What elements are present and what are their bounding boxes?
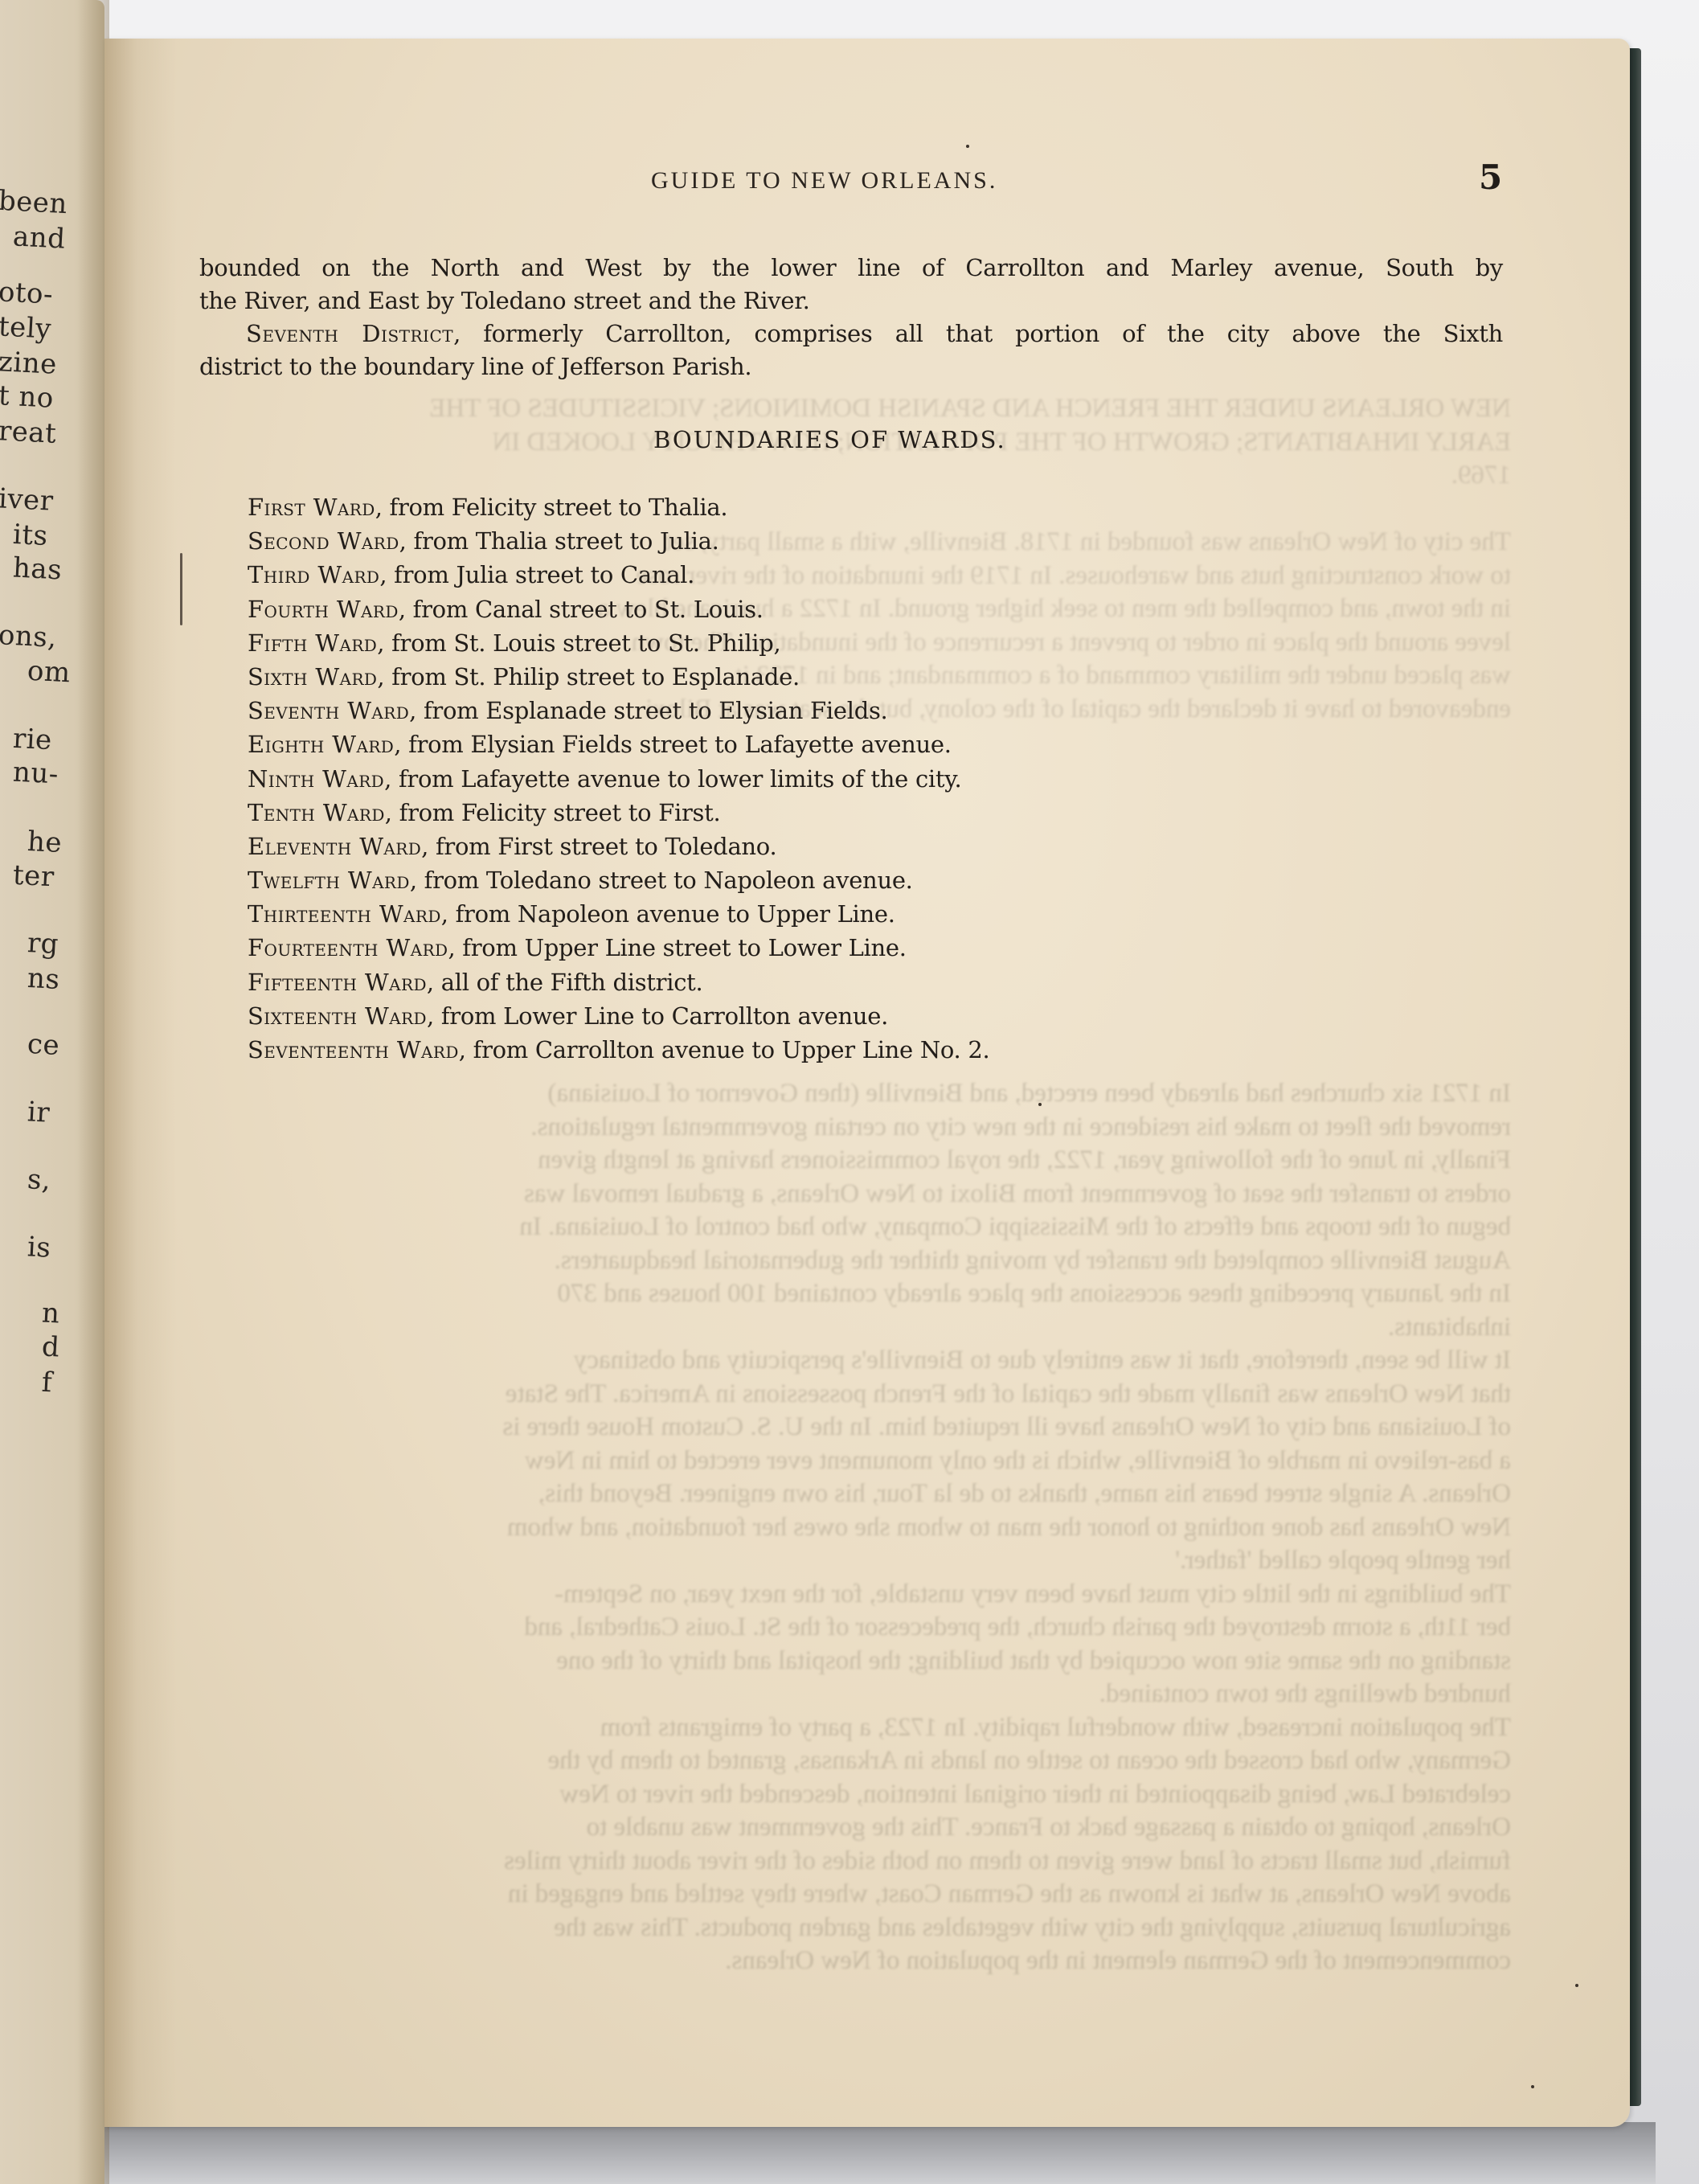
bleed-through-line: ber 11th, a storm destroyed the parish c… [201, 1611, 1511, 1645]
pencil-margin-mark [180, 553, 182, 625]
page-number: 5 [1479, 158, 1502, 197]
bleed-through-line: In 1721 six churches had already been er… [201, 1077, 1511, 1111]
ward-boundary: , from Julia street to Canal. [379, 561, 694, 588]
ward-name: Sixth Ward [248, 663, 377, 690]
running-head: GUIDE TO NEW ORLEANS. [651, 167, 997, 195]
ward-boundary: , all of the Fifth district. [427, 969, 703, 996]
left-page-word: ns [27, 962, 60, 996]
left-page-word: d [41, 1330, 60, 1363]
paragraph-continuation: bounded on the North and West by the low… [199, 252, 1503, 318]
ward-boundary: , from Felicity street to First. [385, 799, 721, 826]
ward-name: Eighth Ward [248, 731, 394, 758]
bleed-through-line: standing on the same site now occupied b… [201, 1645, 1511, 1678]
left-page-word: ce [27, 1028, 60, 1062]
ward-item: Second Ward, from Thalia street to Julia… [248, 524, 989, 558]
bleed-through-line: The buildings in the little city must ha… [201, 1578, 1511, 1612]
ward-item: Third Ward, from Julia street to Canal. [248, 558, 989, 592]
bleed-through-line: inhabitants. [201, 1311, 1511, 1345]
ward-boundary: , from Lafayette avenue to lower limits … [384, 765, 961, 793]
ward-name: Tenth Ward [248, 799, 385, 826]
ward-boundary: , from Elysian Fields street to Lafayett… [394, 731, 951, 758]
ward-item: Fifteenth Ward, all of the Fifth distric… [248, 965, 989, 999]
bleed-through-line: furnish, but small tracts of land were g… [201, 1845, 1511, 1879]
ward-item: Seventh Ward, from Esplanade street to E… [248, 694, 989, 727]
bleed-through-line: hundred dwellings the town contained. [201, 1678, 1511, 1711]
ward-item: Eighth Ward, from Elysian Fields street … [248, 727, 989, 761]
paragraph-seventh-district: Seventh District, formerly Carrollton, c… [199, 318, 1503, 383]
ward-name: Fourteenth Ward [248, 934, 448, 961]
gutter-shadow [104, 39, 177, 2127]
bleed-through-line: that New Orleans was finally made the ca… [201, 1378, 1511, 1412]
left-page-word: reat [0, 415, 57, 450]
ward-name: Fourth Ward [248, 596, 399, 623]
left-page-word: nu- [12, 756, 59, 791]
district-description: , formerly Carrollton, comprises all tha… [453, 320, 1503, 347]
left-page-word: and [12, 220, 66, 255]
ward-boundary: , from Thalia street to Julia. [399, 527, 719, 555]
district-name: Seventh District [246, 320, 453, 347]
left-page-word: is [27, 1231, 51, 1264]
left-page-word: f [41, 1367, 53, 1399]
ward-boundary: , from Toledano street to Napoleon avenu… [410, 867, 913, 894]
bleed-through-line: agricultural pursuits, supplying the cit… [201, 1912, 1511, 1945]
bleed-through-line: Orleans. A single street bears his name,… [201, 1477, 1511, 1511]
bleed-through-line: removed the fleet to make his residence … [201, 1111, 1511, 1145]
ward-name: Second Ward [248, 527, 399, 555]
body-line: the River, and East by Toledano street a… [199, 285, 1503, 318]
left-page-word: been [0, 185, 68, 220]
ward-boundary: , from First street to Toledano. [421, 833, 776, 860]
left-page-word: oto- [0, 276, 54, 311]
bleed-through-line: her gentle people called 'father.' [201, 1544, 1511, 1578]
ward-name: Fifteenth Ward [248, 969, 427, 996]
bleed-through-line: Germany, who had crossed the ocean to se… [201, 1744, 1511, 1778]
left-page-word: t no [0, 379, 55, 415]
ward-name: Ninth Ward [248, 765, 384, 793]
left-page-word: om [27, 655, 72, 690]
bleed-through-line: NEW ORLEANS UNDER THE FRENCH AND SPANISH… [201, 392, 1511, 426]
ward-item: Ninth Ward, from Lafayette avenue to low… [248, 762, 989, 796]
left-page-word: n [41, 1297, 60, 1330]
ward-item: First Ward, from Felicity street to Thal… [248, 490, 989, 524]
ward-name: Seventh Ward [248, 697, 409, 724]
ward-item: Tenth Ward, from Felicity street to Firs… [248, 796, 989, 830]
ward-boundary: , from Lower Line to Carrollton avenue. [427, 1002, 888, 1030]
body-line: district to the boundary line of Jeffers… [199, 350, 1503, 383]
left-page-word: ons, [0, 619, 58, 654]
left-page-word: rie [12, 723, 53, 756]
bleed-through-line: of Louisiana and city of New Orleans hav… [201, 1411, 1511, 1444]
ward-item: Thirteenth Ward, from Napoleon avenue to… [248, 897, 989, 931]
ward-boundary: , from Canal street to St. Louis. [399, 596, 764, 623]
paper-speck [1038, 1103, 1042, 1106]
ward-name: Third Ward [248, 561, 379, 588]
ward-boundary: , from Felicity street to Thalia. [375, 494, 728, 521]
table-shadow [48, 2122, 1656, 2184]
ward-name: Eleventh Ward [248, 833, 421, 860]
ward-name: Thirteenth Ward [248, 900, 441, 928]
bleed-through-text-bottom: In 1721 six churches had already been er… [201, 1077, 1511, 1978]
left-page-word: s, [27, 1163, 51, 1196]
paper-speck [1575, 1984, 1578, 1987]
ward-name: Fifth Ward [248, 629, 377, 657]
bleed-through-line: commencement of the German element in th… [201, 1944, 1511, 1978]
ward-item: Sixth Ward, from St. Philip street to Es… [248, 660, 989, 694]
ward-boundary: , from St. Louis street to St. Philip, [377, 629, 780, 657]
left-page-word: its [12, 518, 49, 552]
bleed-through-line: 1769. [201, 459, 1511, 493]
bleed-through-line: Finally, in June of the following year, … [201, 1144, 1511, 1178]
left-page-word: has [12, 551, 63, 586]
ward-item: Eleventh Ward, from First street to Tole… [248, 830, 989, 863]
bleed-through-line: The population increased, with wonderful… [201, 1711, 1511, 1745]
left-page-word: he [27, 826, 63, 859]
bleed-through-line: orders to transfer the seat of governmen… [201, 1178, 1511, 1211]
ward-name: Seventeenth Ward [248, 1036, 459, 1063]
bleed-through-line: August Bienville completed the transfer … [201, 1244, 1511, 1278]
bleed-through-line: above New Orleans, at what is known as t… [201, 1878, 1511, 1912]
left-page-word: ir [27, 1096, 51, 1129]
bleed-through-line: a bas-relievo in marble of Bienville, wh… [201, 1444, 1511, 1478]
ward-name: Sixteenth Ward [248, 1002, 427, 1030]
left-page-word: zine [0, 346, 58, 381]
paper-speck [1531, 2085, 1534, 2088]
bleed-through-line: It will be seen, therefore, that it was … [201, 1344, 1511, 1378]
bleed-through-line: celebrated Law, being disappointed in th… [201, 1778, 1511, 1812]
paper-speck [966, 145, 969, 148]
ward-boundary: , from Napoleon avenue to Upper Line. [441, 900, 895, 928]
left-page-word: tely [0, 310, 52, 345]
ward-boundary: , from Esplanade street to Elysian Field… [409, 697, 887, 724]
ward-boundary: , from Upper Line street to Lower Line. [448, 934, 906, 961]
bleed-through-line: begun of the troops and effects of the M… [201, 1211, 1511, 1244]
ward-item: Fourteenth Ward, from Upper Line street … [248, 931, 989, 965]
ward-name: First Ward [248, 494, 375, 521]
ward-item: Twelfth Ward, from Toledano street to Na… [248, 863, 989, 897]
section-heading: BOUNDARIES OF WARDS. [653, 426, 1006, 453]
bleed-through-line: Orleans, hoping to obtain a passage back… [201, 1811, 1511, 1845]
ward-item: Seventeenth Ward, from Carrollton avenue… [248, 1033, 989, 1067]
ward-boundary: , from St. Philip street to Esplanade. [377, 663, 800, 690]
bleed-through-line: New Orleans has done nothing to honor th… [201, 1511, 1511, 1545]
left-page-word: iver [0, 482, 54, 518]
left-page-word: rg [27, 927, 59, 961]
left-page-word: ter [12, 859, 55, 894]
body-line: Seventh District, formerly Carrollton, c… [199, 318, 1503, 350]
ward-item: Fourth Ward, from Canal street to St. Lo… [248, 592, 989, 626]
ward-list: First Ward, from Felicity street to Thal… [248, 490, 989, 1067]
ward-boundary: , from Carrollton avenue to Upper Line N… [459, 1036, 990, 1063]
ward-item: Fifth Ward, from St. Louis street to St.… [248, 626, 989, 660]
ward-item: Sixteenth Ward, from Lower Line to Carro… [248, 999, 989, 1033]
bleed-through-line: In the January preceding these accession… [201, 1277, 1511, 1311]
body-line: bounded on the North and West by the low… [199, 252, 1503, 285]
ward-name: Twelfth Ward [248, 867, 410, 894]
